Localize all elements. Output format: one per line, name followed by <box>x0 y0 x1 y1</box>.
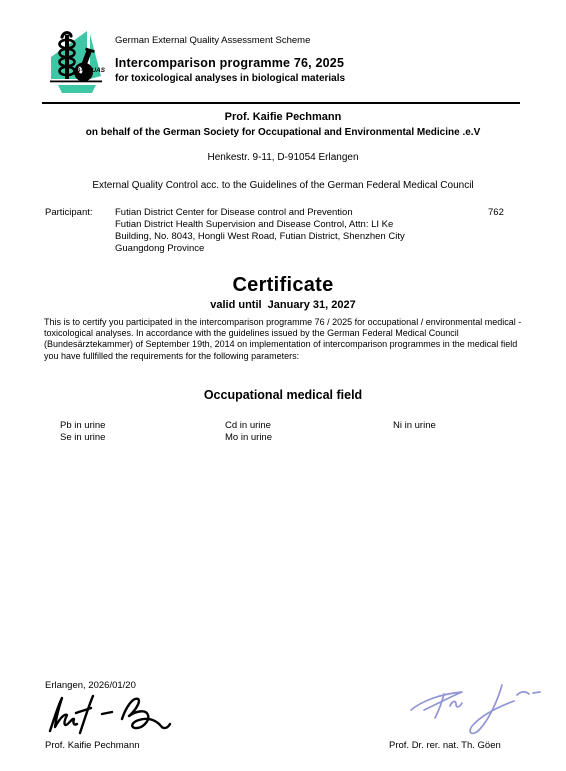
programme-subtitle: for toxicological analyses in biological… <box>115 73 345 84</box>
participant-line: Guangdong Province <box>115 243 455 255</box>
gequas-logo-icon: G-EQUAS <box>45 27 111 95</box>
parameter-item: Ni in urine <box>393 420 436 432</box>
certificate-page: G-EQUAS German External Quality Assessme… <box>0 0 566 771</box>
signatory-right-name: Prof. Dr. rer. nat. Th. Göen <box>389 740 501 751</box>
logo-waterline <box>50 81 102 83</box>
signature-left-image <box>44 691 182 739</box>
place-date: Erlangen, 2026/01/20 <box>45 680 136 691</box>
parameter-column: Ni in urine <box>393 420 436 432</box>
certificate-valid-until: valid until January 31, 2027 <box>0 299 566 311</box>
issuer-name: Prof. Kaifie Pechmann <box>0 111 566 123</box>
logo-hull <box>58 85 96 93</box>
participant-line: Futian District Center for Disease contr… <box>115 207 455 219</box>
quality-control-note: External Quality Control acc. to the Gui… <box>0 180 566 191</box>
participant-code: 762 <box>488 207 504 218</box>
parameter-column: Pb in urine Se in urine <box>60 420 105 444</box>
parameter-item: Se in urine <box>60 432 105 444</box>
participant-label: Participant: <box>45 207 93 218</box>
parameter-item: Cd in urine <box>225 420 272 432</box>
header-divider <box>42 102 520 104</box>
logo-text: G-EQUAS <box>76 67 106 74</box>
parameter-item: Pb in urine <box>60 420 105 432</box>
participant-address-block: Futian District Center for Disease contr… <box>115 207 455 255</box>
programme-title: Intercomparison programme 76, 2025 <box>115 56 344 70</box>
participant-line: Futian District Health Supervision and D… <box>115 219 455 231</box>
parameter-item: Mo in urine <box>225 432 272 444</box>
field-section-title: Occupational medical field <box>0 388 566 402</box>
certificate-title: Certificate <box>0 274 566 297</box>
certificate-body-text: This is to certify you participated in t… <box>44 317 524 362</box>
scheme-name: German External Quality Assessment Schem… <box>115 35 310 46</box>
signatory-left-name: Prof. Kaifie Pechmann <box>45 740 140 751</box>
issuer-on-behalf: on behalf of the German Society for Occu… <box>0 127 566 138</box>
parameter-column: Cd in urine Mo in urine <box>225 420 272 444</box>
signature-right-image <box>404 681 550 739</box>
issuer-address: Henkestr. 9-11, D-91054 Erlangen <box>0 152 566 163</box>
participant-line: Building, No. 8043, Hongli West Road, Fu… <box>115 231 455 243</box>
